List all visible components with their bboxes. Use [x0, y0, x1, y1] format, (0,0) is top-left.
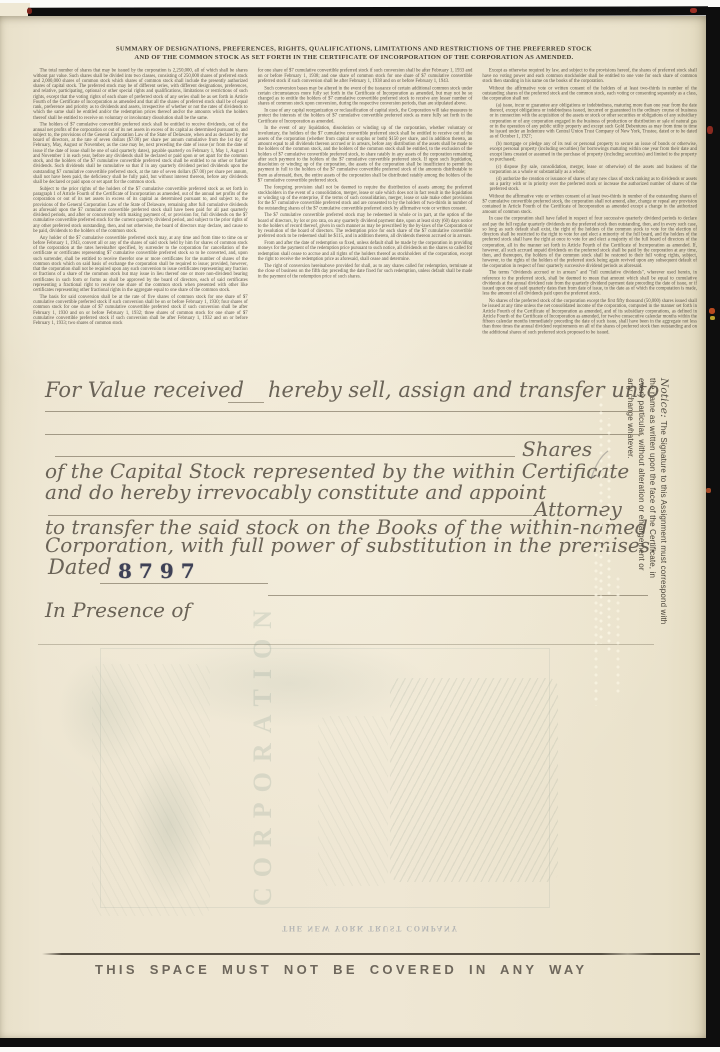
paragraph: The right of conversion hereinabove prov…	[258, 263, 473, 279]
column-left: The total number of shares that may be i…	[33, 68, 248, 337]
dated-script: Dated	[48, 555, 112, 579]
paragraph: From and after the date of redemption so…	[258, 241, 473, 262]
pencil-mark	[588, 448, 612, 484]
paragraph: for one share of $7 cumulative convertib…	[258, 68, 473, 84]
ghost-portrait	[133, 753, 205, 901]
paragraph: The foregoing provision shall not be dee…	[258, 185, 473, 211]
witness-line	[38, 644, 654, 645]
assignee-name-line	[45, 411, 642, 412]
red-speck	[709, 308, 715, 314]
paragraph: The $7 cumulative convertible preferred …	[258, 213, 473, 239]
paragraph: Subject to the prior rights of the holde…	[33, 186, 248, 233]
perforation-dots	[594, 536, 598, 706]
paragraph-clause-b: (b) mortgage or pledge any of its real o…	[482, 141, 697, 162]
shares-script: Shares	[522, 437, 592, 461]
perforation-dots	[616, 576, 620, 696]
ghost-vignette-blob	[150, 638, 430, 728]
red-speck	[706, 488, 711, 493]
paragraph: The terms "dividends accrued or in arrea…	[482, 270, 697, 296]
paragraph: No shares of the preferred stock of the …	[482, 298, 697, 335]
paragraph: Except as otherwise required by law, and…	[482, 68, 697, 84]
certificate-paper: CORPORATION THE NEW YORK TRUST COMPANY S…	[0, 16, 707, 1039]
red-speck	[27, 8, 32, 14]
ghost-mirrored-company-name: THE NEW YORK TRUST COMPANY	[282, 924, 459, 933]
perforation-dots	[599, 394, 603, 644]
paragraph: Any holder of the $7 cumulative converti…	[33, 235, 248, 292]
scan-edge-bottom	[0, 1038, 720, 1047]
paragraph: The holders of $7 cumulative convertible…	[33, 122, 248, 185]
ghost-border-box	[100, 648, 550, 908]
assignee-name-line	[45, 434, 642, 435]
paragraph: The total number of shares that may be i…	[33, 68, 248, 120]
ghost-vignette-blob	[58, 656, 148, 766]
dated-number-stamp: 8797	[118, 559, 202, 583]
red-speck	[707, 126, 713, 134]
notice-label: Notice:	[658, 378, 670, 418]
paragraph: Without the affirmative vote or written …	[482, 194, 697, 215]
yellow-speck	[710, 316, 715, 320]
title-line-1: SUMMARY OF DESIGNATIONS, PREFERENCES, RI…	[0, 44, 708, 53]
summary-title: SUMMARY OF DESIGNATIONS, PREFERENCES, RI…	[0, 44, 708, 61]
notice-text: The Signature to this Assignment must co…	[659, 421, 668, 625]
signature-notice-block: Notice:The Signature to this Assignment …	[612, 378, 670, 632]
paragraph: In case of any capital reorganization or…	[258, 108, 473, 124]
footer-rule	[42, 953, 700, 955]
ghost-vertical-corporation-text: CORPORATION	[248, 636, 278, 906]
title-line-2: AND OF THE COMMON STOCK AS SET FORTH IN …	[0, 53, 708, 62]
notice-line: any change whatever.	[625, 378, 636, 632]
red-speck	[690, 8, 697, 13]
ghost-engraving-hatch	[318, 716, 388, 886]
paragraph: In the event of any liquidation, dissolu…	[258, 126, 473, 183]
shares-fill-line	[55, 456, 515, 457]
paragraph: Such conversion bases may be altered in …	[258, 85, 473, 106]
notice-line: every particular, without alteration or …	[636, 378, 647, 632]
constitute-appoint-script: and do hereby irrevocably constitute and…	[45, 480, 546, 504]
paragraph: The basis for said conversion shall be a…	[33, 294, 248, 325]
scan-edge-right	[706, 7, 720, 1047]
in-presence-of-script: In Presence of	[45, 598, 191, 622]
notice-line: Notice:The Signature to this Assignment …	[658, 378, 670, 632]
substitution-script: Corporation, with full power of substitu…	[45, 533, 656, 557]
for-value-received-script: For Value received	[45, 378, 244, 402]
ghost-engraving-hatch	[92, 664, 210, 916]
column-middle: for one share of $7 cumulative convertib…	[258, 68, 473, 337]
summary-text-block: SUMMARY OF DESIGNATIONS, PREFERENCES, RI…	[0, 44, 708, 377]
do-not-cover-warning: THIS SPACE MUST NOT BE COVERED IN ANY WA…	[95, 962, 587, 977]
paragraph: In case the corporation shall have faile…	[482, 216, 697, 268]
paragraph-clause-c: (c) dispose (by sale, consolidation, mer…	[482, 164, 697, 174]
paragraph: Without the affirmative vote or written …	[482, 85, 697, 101]
notice-line: the name as written upon the face of the…	[647, 378, 658, 632]
signature-line	[268, 595, 648, 596]
dated-fill-line	[100, 583, 268, 584]
paragraph-clause-a: (a) issue, incur or guarantee any obliga…	[482, 103, 697, 140]
fill-in-line	[228, 402, 264, 403]
column-right: Except as otherwise required by law, and…	[482, 68, 697, 337]
scanned-certificate-back: CORPORATION THE NEW YORK TRUST COMPANY S…	[0, 0, 720, 1052]
ghost-engraving-hatch	[390, 678, 558, 882]
paper-corner	[0, 3, 30, 16]
paragraph-clause-d: (d) authorize the creation or issuance o…	[482, 176, 697, 192]
